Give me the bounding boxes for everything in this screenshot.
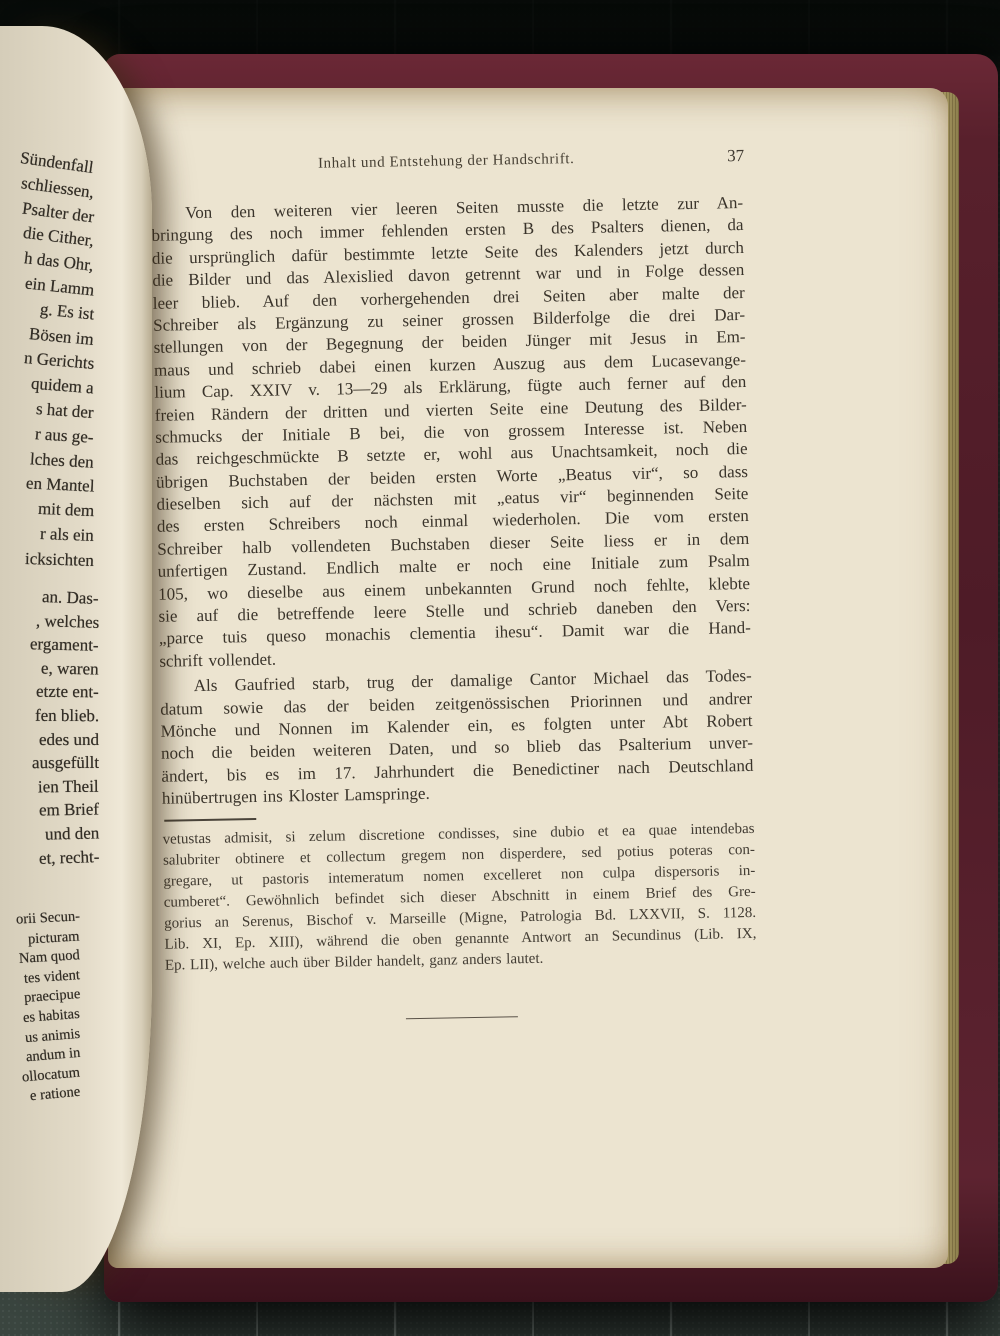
page-number: 37 — [727, 146, 744, 166]
section-end-rule — [406, 1016, 518, 1019]
left-page-footnote-fragment: ollocatum — [21, 1064, 80, 1086]
left-page-footnote-fragment: picturam — [28, 928, 80, 948]
header-title: Inhalt und Entstehung der Handschrift. — [150, 148, 742, 176]
left-page-footnote-fragment: praecipue — [23, 986, 80, 1007]
body-paragraph-2: Als Gaufried starb, trug der damalige Ca… — [160, 665, 754, 810]
book-photo: Inhalt und Entstehung der Handschrift. 3… — [0, 0, 1000, 1336]
left-page-footnote-fragment: es habitas — [23, 1006, 81, 1027]
left-page-footnote-fragment: andum in — [25, 1045, 81, 1066]
right-page: Inhalt und Entstehung der Handschrift. 3… — [108, 88, 948, 1268]
left-page-footnote-fragments: orii Secun-picturamNam quodtes videntpra… — [0, 0, 104, 1336]
left-page-footnote-fragment: orii Secun- — [16, 908, 81, 928]
body-paragraph-1: Von den weiteren vier leeren Seiten muss… — [151, 192, 752, 673]
left-page-footnote-fragment: e ratione — [29, 1084, 81, 1106]
footnote-block: vetustas admisit, si zelum discretione c… — [162, 818, 757, 976]
left-page-footnote-fragment: Nam quod — [19, 947, 81, 968]
left-page-footnote-fragment: us animis — [24, 1025, 80, 1046]
footnote-separator-rule — [164, 818, 256, 822]
left-page-footnote-fragment: tes vident — [24, 967, 81, 988]
page-content: Inhalt und Entstehung der Handschrift. 3… — [150, 146, 758, 1023]
